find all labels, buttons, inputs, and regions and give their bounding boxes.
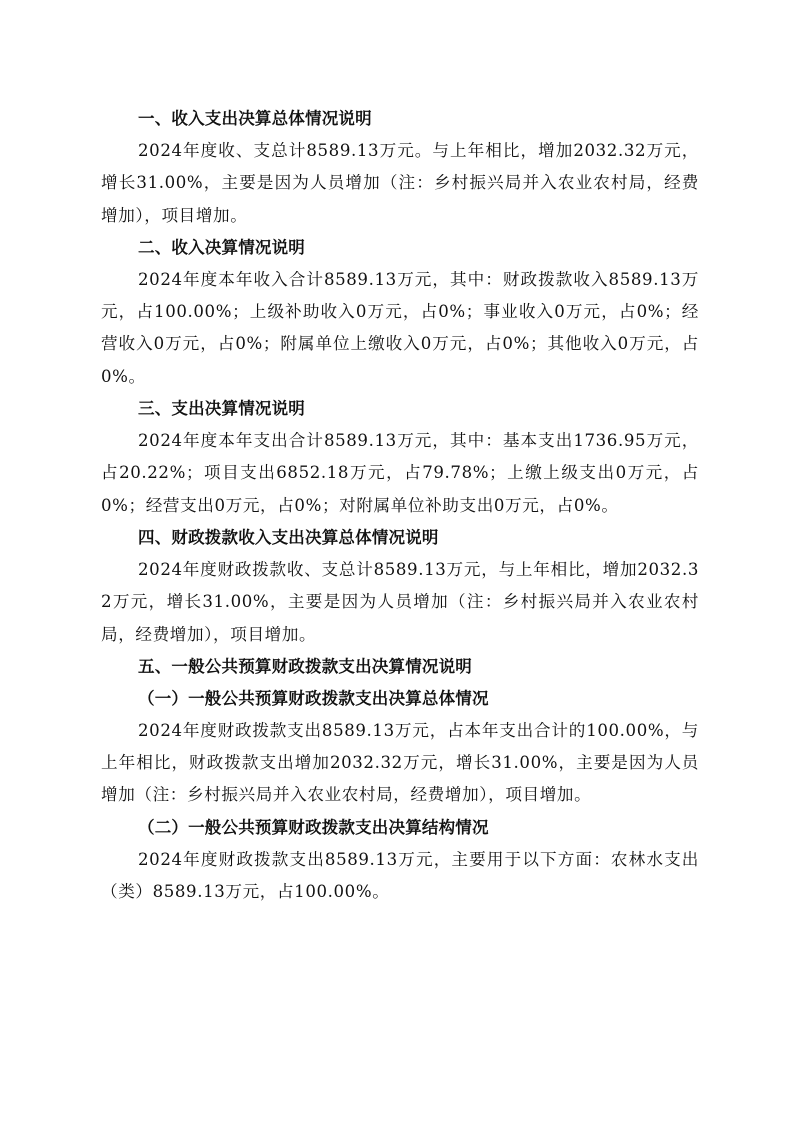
section-paragraph: 2024年度本年支出合计8589.13万元，其中：基本支出1736.95万元，占… [101,425,699,522]
section-heading: 一、收入支出决算总体情况说明 [101,103,699,135]
subsection-heading: （一）一般公共预算财政拨款支出决算总体情况 [101,683,699,715]
section-expense: 三、支出决算情况说明 2024年度本年支出合计8589.13万元，其中：基本支出… [101,393,699,522]
section-paragraph: 2024年度本年收入合计8589.13万元，其中：财政拨款收入8589.13万元… [101,264,699,393]
section-heading: 四、财政拨款收入支出决算总体情况说明 [101,522,699,554]
section-fiscal-appropriation-overview: 四、财政拨款收入支出决算总体情况说明 2024年度财政拨款收、支总计8589.1… [101,522,699,651]
section-income: 二、收入决算情况说明 2024年度本年收入合计8589.13万元，其中：财政拨款… [101,232,699,393]
section-paragraph: 2024年度收、支总计8589.13万元。与上年相比，增加2032.32万元，增… [101,135,699,232]
subsection-heading: （二）一般公共预算财政拨款支出决算结构情况 [101,812,699,844]
subsection-paragraph: 2024年度财政拨款支出8589.13万元，占本年支出合计的100.00%，与上… [101,715,699,812]
section-heading: 三、支出决算情况说明 [101,393,699,425]
section-income-expense-overview: 一、收入支出决算总体情况说明 2024年度收、支总计8589.13万元。与上年相… [101,103,699,232]
section-general-public-budget: 五、一般公共预算财政拨款支出决算情况说明 （一）一般公共预算财政拨款支出决算总体… [101,651,699,908]
document-page: 一、收入支出决算总体情况说明 2024年度收、支总计8589.13万元。与上年相… [101,103,699,908]
subsection-overall: （一）一般公共预算财政拨款支出决算总体情况 2024年度财政拨款支出8589.1… [101,683,699,812]
section-heading: 二、收入决算情况说明 [101,232,699,264]
section-paragraph: 2024年度财政拨款收、支总计8589.13万元，与上年相比，增加2032.32… [101,554,699,651]
section-heading: 五、一般公共预算财政拨款支出决算情况说明 [101,651,699,683]
subsection-structure: （二）一般公共预算财政拨款支出决算结构情况 2024年度财政拨款支出8589.1… [101,812,699,909]
subsection-paragraph: 2024年度财政拨款支出8589.13万元，主要用于以下方面：农林水支出（类）8… [101,844,699,909]
